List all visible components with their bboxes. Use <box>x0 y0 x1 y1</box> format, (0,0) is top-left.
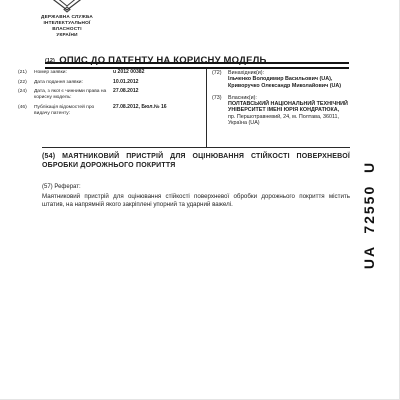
field-value: 10.01.2012 <box>113 80 202 86</box>
abstract-heading: (57) Реферат: <box>42 184 81 190</box>
state-emblem-icon <box>49 0 85 13</box>
owner-address: пр. Першотравневий, 24, м. Полтава, 3601… <box>228 114 350 127</box>
inid-code: (24) <box>18 89 34 100</box>
biblio-row-73-owner: (73) Власник(и): ПОЛТАВСЬКИЙ НАЦІОНАЛЬНИ… <box>212 95 350 126</box>
agency-name: ДЕРЖАВНА СЛУЖБА ІНТЕЛЕКТУАЛЬНОЇ ВЛАСНОСТ… <box>22 14 112 38</box>
field-label: Номер заявки: <box>34 70 113 76</box>
owner-name: ПОЛТАВСЬКИЙ НАЦІОНАЛЬНИЙ ТЕХНІЧНИЙ УНІВЕ… <box>228 101 350 114</box>
inid-code-57: (57) <box>42 184 53 190</box>
section-rule <box>42 147 350 148</box>
inid-code-54: (54) <box>42 153 55 160</box>
inid-code: (46) <box>18 105 34 116</box>
agency-line: УКРАЇНИ <box>22 32 112 38</box>
inid-code: (73) <box>212 95 228 126</box>
inventor-name: Ільченко Володимир Васильович (UA), <box>228 76 350 82</box>
column-divider <box>206 69 207 147</box>
abstract-heading-label: Реферат: <box>54 184 80 190</box>
inventors-block: Винахідник(и): Ільченко Володимир Василь… <box>228 70 350 89</box>
biblio-row-22: (22) Дата подання заявки: 10.01.2012 <box>18 80 202 86</box>
biblio-row-21: (21) Номер заявки: u 2012 00382 <box>18 70 202 76</box>
patent-document-page: ДЕРЖАВНА СЛУЖБА ІНТЕЛЕКТУАЛЬНОЇ ВЛАСНОСТ… <box>0 0 400 400</box>
inid-code: (21) <box>18 70 34 76</box>
owner-block: Власник(и): ПОЛТАВСЬКИЙ НАЦІОНАЛЬНИЙ ТЕХ… <box>228 95 350 126</box>
double-rule <box>45 62 349 69</box>
abstract-text: Маятниковий пристрій для оцінювання стій… <box>42 193 350 209</box>
field-value: 27.08.2012 <box>113 89 202 100</box>
invention-title: (54) МАЯТНИКОВИЙ ПРИСТРІЙ ДЛЯ ОЦІНЮВАННЯ… <box>42 152 350 170</box>
invention-title-text: МАЯТНИКОВИЙ ПРИСТРІЙ ДЛЯ ОЦІНЮВАННЯ СТІЙ… <box>42 153 350 169</box>
inid-code: (22) <box>18 80 34 86</box>
field-value: u 2012 00382 <box>113 70 202 76</box>
field-label: Публікація відомостей про видачу патенту… <box>34 105 113 116</box>
field-label: Дата, з якої є чинними права на корисну … <box>34 89 113 100</box>
biblio-left-column: (21) Номер заявки: u 2012 00382 (22) Дат… <box>18 70 202 120</box>
field-value: 27.08.2012, Бюл.№ 16 <box>113 105 202 116</box>
biblio-row-24: (24) Дата, з якої є чинними права на кор… <box>18 89 202 100</box>
publication-number-vertical: UA 72550 U <box>361 161 377 269</box>
biblio-row-46: (46) Публікація відомостей про видачу па… <box>18 105 202 116</box>
inid-code: (72) <box>212 70 228 89</box>
biblio-row-72-inventors: (72) Винахідник(и): Ільченко Володимир В… <box>212 70 350 89</box>
biblio-right-column: (72) Винахідник(и): Ільченко Володимир В… <box>212 70 350 132</box>
field-label: Дата подання заявки: <box>34 80 113 86</box>
inventor-name: Криворучко Олександр Миколайович (UA) <box>228 83 350 89</box>
